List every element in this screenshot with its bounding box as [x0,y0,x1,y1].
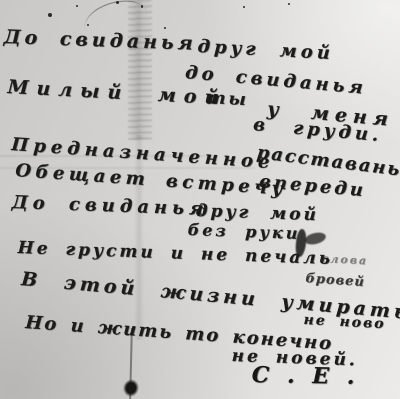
handwriting-ne-grusti: Не грусти и не печаль [17,240,333,268]
manuscript-photo: До свиданья друг мой до свиданья Милый м… [0,0,400,399]
handwriting-drug-moy-1: друг мой [197,38,334,63]
dust-speck [164,27,166,29]
handwriting-do-svidanya-3: До свиданья [11,194,208,219]
handwriting-line-do-svidanya-1: До свиданья [3,28,197,54]
handwriting-brovey: бровей [305,272,365,289]
ink-blob-bottom [121,378,140,399]
handwriting-ne-novo: не ново [303,313,386,331]
handwriting-ty: ты [207,90,249,109]
dust-speck [243,6,245,8]
dust-speck [288,3,290,5]
dust-speck [48,13,52,17]
ink-blot [304,231,326,245]
dust-speck [87,24,89,26]
dust-speck [141,5,143,8]
vertical-fold-crease-middle [134,135,144,340]
dust-speck [76,5,78,7]
signature-s-e: С . Е . [252,364,360,388]
dust-speck [116,1,119,4]
handwriting-bez-ruki: без руки [187,222,300,242]
